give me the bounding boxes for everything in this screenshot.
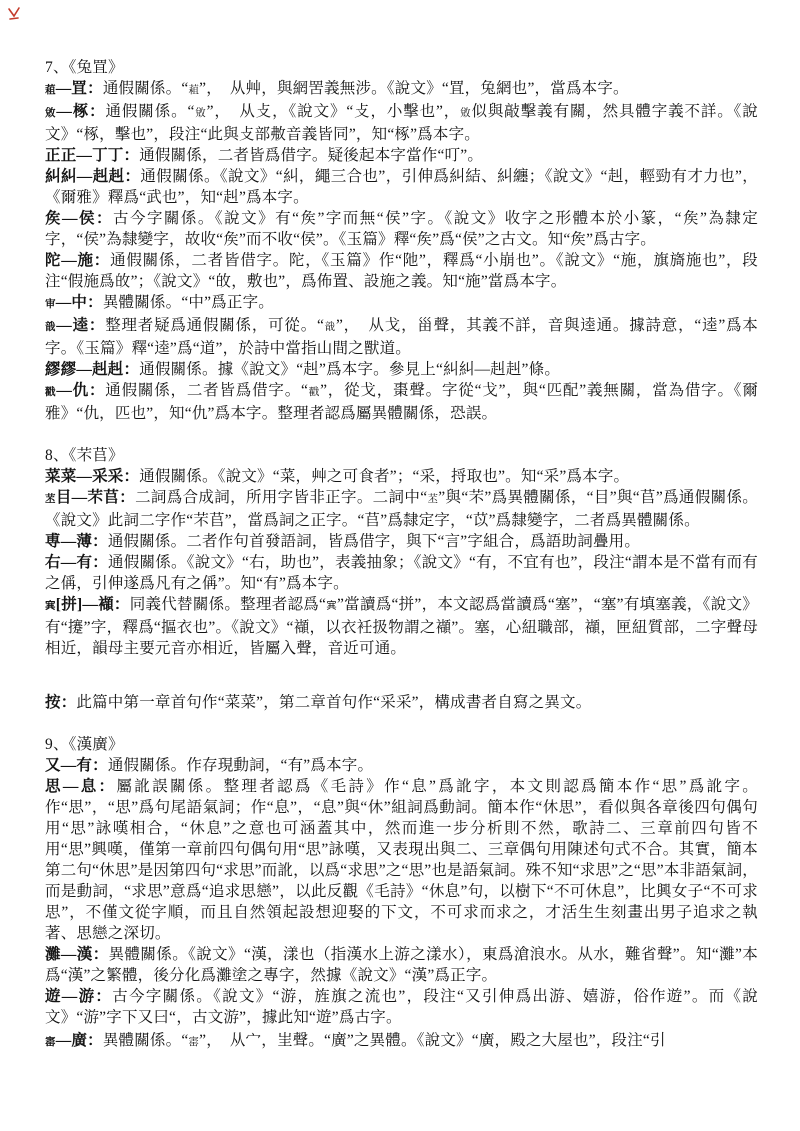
entry-head: 菜菜—采采： xyxy=(45,468,139,485)
entry: 苤目—芣苢：二詞爲合成詞，所用字皆非正字。二詞中“苤”與“芣”爲異體關係，“目”… xyxy=(45,487,758,531)
entry: 戠—逵：整理者疑爲通假關係，可從。“戠”， 从戈，甾聲，其義不詳，音與逵通。據詩… xyxy=(45,315,758,359)
entry-head: 寚—廣： xyxy=(45,1032,103,1049)
entry: 寚—廣：異體關係。“寚”， 从宀，㞷聲。“廣”之異體。《說文》“廣，殿之大屋也”… xyxy=(45,1030,758,1053)
entry-body: 異體關係。“寚”， 从宀，㞷聲。“廣”之異體。《說文》“廣，殿之大屋也”，段注“… xyxy=(103,1032,666,1049)
entry-head: 按： xyxy=(45,694,76,711)
entry-head: 蒩—罝： xyxy=(45,80,103,97)
entry: 菜菜—采采：通假關係。《說文》“菜，艸之可食者”；“采，捋取也”。知“采”爲本字… xyxy=(45,466,758,487)
entry: 右—有：通假關係。《說文》“右，助也”，表義抽象；《說文》“有，不宜有也”，段注… xyxy=(45,552,758,594)
rare-char: 敓 xyxy=(45,108,56,119)
rare-char: 戠 xyxy=(324,322,336,333)
rare-char: 敓 xyxy=(195,108,207,119)
rare-char: 蒩 xyxy=(188,85,199,96)
entry-body: 古今字關係。《說文》“游，旌旗之流也”，段注“又引伸爲出游、嬉游，俗作遊”。而《… xyxy=(45,988,758,1026)
rare-char: 戠 xyxy=(45,322,56,333)
entry: 灘—漢：異體關係。《說文》“漢，漾也（指漢水上游之漾水），東爲滄浪水。从水，難省… xyxy=(45,944,758,986)
entry-body: 整理者疑爲通假關係，可從。“戠”， 从戈，甾聲，其義不詳，音與逵通。據詩意，“逵… xyxy=(45,317,758,357)
section-heading: 7、《兔罝》 xyxy=(45,57,758,78)
entry-head: 正正—丁丁： xyxy=(45,147,139,164)
rare-char: 苤 xyxy=(427,494,438,505)
section: 9、《漢廣》又—有：通假關係。作存現動詞，“有”爲本字。思—息：屬訛誤關係。整理… xyxy=(45,734,758,1053)
rare-char: 审 xyxy=(45,299,56,310)
rare-char: 蒩 xyxy=(45,85,56,96)
entry-head: 糾糾—赳赳： xyxy=(45,168,140,185)
section: 7、《兔罝》蒩—罝：通假關係。“蒩”， 从艸，與網罟義無涉。《說文》“罝，兔網也… xyxy=(45,57,758,424)
entry-head: 右—有： xyxy=(45,554,108,571)
entry-head: 戳—仇： xyxy=(45,382,105,399)
entry: 尃—薄：通假關係。二者作句首發語詞，皆爲借字，與下“言”字組合，爲語助詞疊用。 xyxy=(45,531,758,552)
entry: 矦—侯：古今字關係。《說文》有“矦”字而無“侯”字。《說文》收字之形體本於小篆，… xyxy=(45,208,758,250)
entry-body: 通假關係，二者皆爲借字。疑後起本字當作“叮”。 xyxy=(139,147,483,164)
entry-body: 古今字關係。《說文》有“矦”字而無“侯”字。《說文》收字之形體本於小篆，“矦”為… xyxy=(45,210,758,248)
entry-head: 戠—逵： xyxy=(45,317,105,334)
entry-body: 通假關係。《說文》“菜，艸之可食者”；“采，捋取也”。知“采”爲本字。 xyxy=(139,468,629,485)
entry-head: 遊—游： xyxy=(45,988,112,1005)
entry-body: 同義代替關係。整理者認爲“𡨄”當讀爲“拼”，本文認爲當讀爲“塞”，“塞”有填塞義… xyxy=(45,596,758,657)
rare-char: 苤 xyxy=(45,494,56,505)
entry: 敓—椓：通假關係。“敓”， 从攴，《說文》“攴，小擊也”，敓似與敲擊義有關，然具… xyxy=(45,101,758,145)
entry: 遊—游：古今字關係。《說文》“游，旌旗之流也”，段注“又引伸爲出游、嬉游，俗作遊… xyxy=(45,986,758,1030)
note-paragraph: 按：此篇中第一章首句作“菜菜”，第二章首句作“采采”，構成書者自寫之異文。 xyxy=(45,692,758,713)
entry: 繆繆—赳赳：通假關係。據《說文》“赳”爲本字。參見上“糾糾—赳赳”條。 xyxy=(45,359,758,380)
entry-head: 𡨄[拼]—襭： xyxy=(45,596,130,613)
entry: 审—中：異體關係。“中”爲正字。 xyxy=(45,292,758,315)
entry-body: 通假關係。作存現動詞，“有”爲本字。 xyxy=(108,757,373,774)
entry-body: 通假關係。《說文》“糾，繩三合也”，引伸爲糾結、糾纏；《說文》“赳，輕勁有才力也… xyxy=(45,168,758,206)
entry-head: 又—有： xyxy=(45,757,108,774)
entry-body: 通假關係。“蒩”， 从艸，與網罟義無涉。《說文》“罝，兔網也”，當爲本字。 xyxy=(103,80,629,97)
rare-char: 寚 xyxy=(188,1037,199,1048)
entry-body: 通假關係，二者皆爲借字。“戳”，從戈，棗聲。字從“戈”，與“匹配”義無關，當為借… xyxy=(45,382,758,422)
entry-body: 通假關係，二者皆借字。陀，《玉篇》作“阤”，釋爲“小崩也”。《說文》“施，旗旖施… xyxy=(45,252,758,290)
entry: 糾糾—赳赳：通假關係。《說文》“糾，繩三合也”，引伸爲糾結、糾纏；《說文》“赳，… xyxy=(45,166,758,208)
entry-head: 繆繆—赳赳： xyxy=(45,361,139,378)
entry-head: 灘—漢： xyxy=(45,946,109,963)
rare-char: 敓 xyxy=(460,108,471,119)
document-content: 7、《兔罝》蒩—罝：通假關係。“蒩”， 从艸，與網罟義無涉。《說文》“罝，兔網也… xyxy=(45,57,758,1053)
entry-body: 通假關係。“敓”， 从攴，《說文》“攴，小擊也”，敓似與敲擊義有關，然具體字義不… xyxy=(45,103,758,143)
section-heading: 9、《漢廣》 xyxy=(45,734,758,755)
entry: 戳—仇：通假關係，二者皆爲借字。“戳”，從戈，棗聲。字從“戈”，與“匹配”義無關… xyxy=(45,380,758,424)
entry: 陀—施：通假關係，二者皆借字。陀，《玉篇》作“阤”，釋爲“小崩也”。《說文》“施… xyxy=(45,250,758,292)
entry-head: 苤目—芣苢： xyxy=(45,489,135,506)
entry-body: 異體關係。《說文》“漢，漾也（指漢水上游之漾水），東爲滄浪水。从水，難省聲”。知… xyxy=(45,946,758,984)
entry: 𡨄[拼]—襭：同義代替關係。整理者認爲“𡨄”當讀爲“拼”，本文認爲當讀爲“塞”，… xyxy=(45,594,758,659)
entry-body: 異體關係。“中”爲正字。 xyxy=(103,294,274,311)
entry-head: 敓—椓： xyxy=(45,103,106,120)
corner-pen-mark xyxy=(7,6,21,22)
section: 8、《芣苢》菜菜—采采：通假關係。《說文》“菜，艸之可食者”；“采，捋取也”。知… xyxy=(45,445,758,713)
entry-body: 通假關係。據《說文》“赳”爲本字。參見上“糾糾—赳赳”條。 xyxy=(139,361,560,378)
entry: 蒩—罝：通假關係。“蒩”， 从艸，與網罟義無涉。《說文》“罝，兔網也”，當爲本字… xyxy=(45,78,758,101)
rare-char: 𡨄 xyxy=(326,601,337,612)
entry-head: 审—中： xyxy=(45,294,103,311)
entry-body: 二詞爲合成詞，所用字皆非正字。二詞中“苤”與“芣”爲異體關係，“目”與“苢”爲通… xyxy=(45,489,758,529)
entry: 正正—丁丁：通假關係，二者皆爲借字。疑後起本字當作“叮”。 xyxy=(45,145,758,166)
entry-body: 屬訛誤關係。整理者認爲《毛詩》作“息”爲訛字，本文則認爲簡本作“思”爲訛字。作“… xyxy=(45,778,758,942)
rare-char: 𡨄 xyxy=(45,601,56,612)
rare-char: 戳 xyxy=(308,387,320,398)
entry-head: 陀—施： xyxy=(45,252,110,269)
entry: 思—息：屬訛誤關係。整理者認爲《毛詩》作“息”爲訛字，本文則認爲簡本作“思”爲訛… xyxy=(45,776,758,944)
entry-head: 矦—侯： xyxy=(45,210,113,227)
entry-body: 此篇中第一章首句作“菜菜”，第二章首句作“采采”，構成書者自寫之異文。 xyxy=(76,694,591,711)
entry-head: 尃—薄： xyxy=(45,533,108,550)
entry-body: 通假關係。二者作句首發語詞，皆爲借字，與下“言”字組合，爲語助詞疊用。 xyxy=(108,533,640,550)
document-page: 7、《兔罝》蒩—罝：通假關係。“蒩”， 从艸，與網罟義無涉。《說文》“罝，兔網也… xyxy=(0,0,800,1131)
rare-char: 寚 xyxy=(45,1037,56,1048)
entry-body: 通假關係。《說文》“右，助也”，表義抽象；《說文》“有，不宜有也”，段注“謂本是… xyxy=(45,554,758,592)
entry-head: 思—息： xyxy=(45,778,116,795)
rare-char: 戳 xyxy=(45,387,56,398)
section-heading: 8、《芣苢》 xyxy=(45,445,758,466)
entry: 又—有：通假關係。作存現動詞，“有”爲本字。 xyxy=(45,755,758,776)
